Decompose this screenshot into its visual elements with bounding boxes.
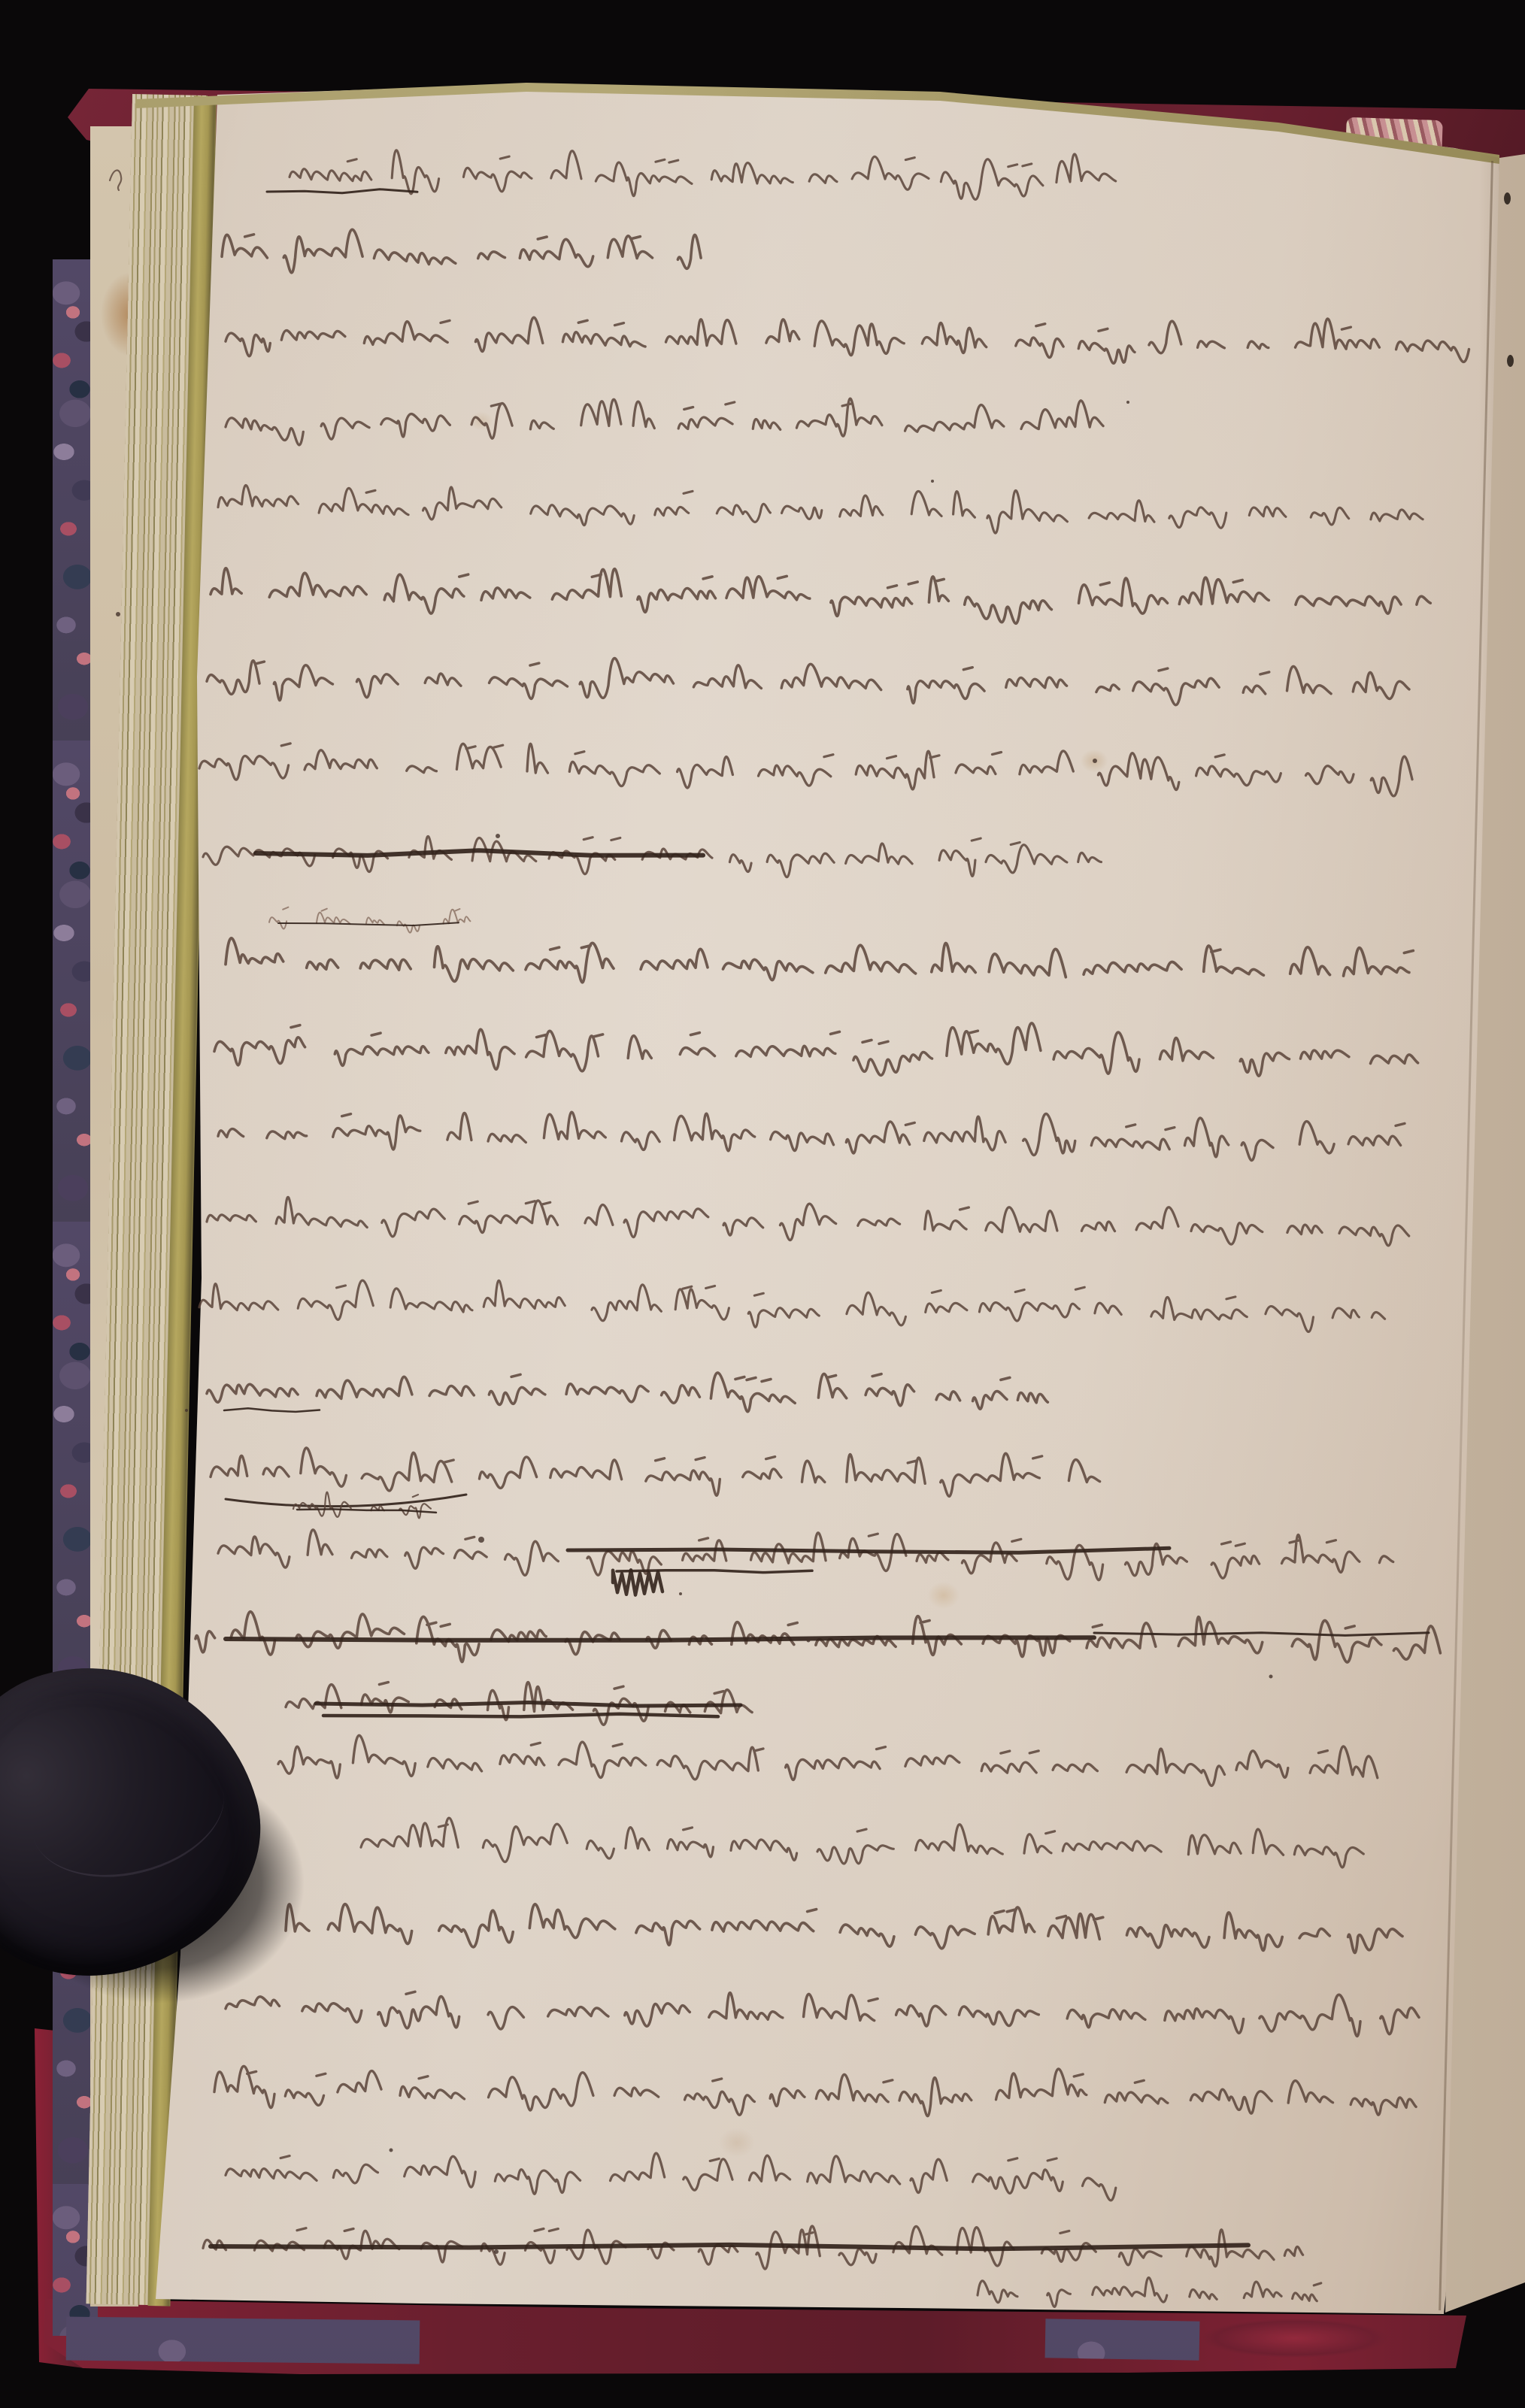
marbled-endpaper-bottom — [66, 2317, 420, 2364]
binding-notch — [1507, 355, 1514, 367]
manuscript-page — [0, 0, 1525, 2408]
marbled-endpaper-bottom — [1045, 2319, 1200, 2361]
binding-notch — [1504, 192, 1511, 204]
leather-highlight — [1202, 2319, 1388, 2358]
manuscript-photo — [0, 0, 1525, 2408]
